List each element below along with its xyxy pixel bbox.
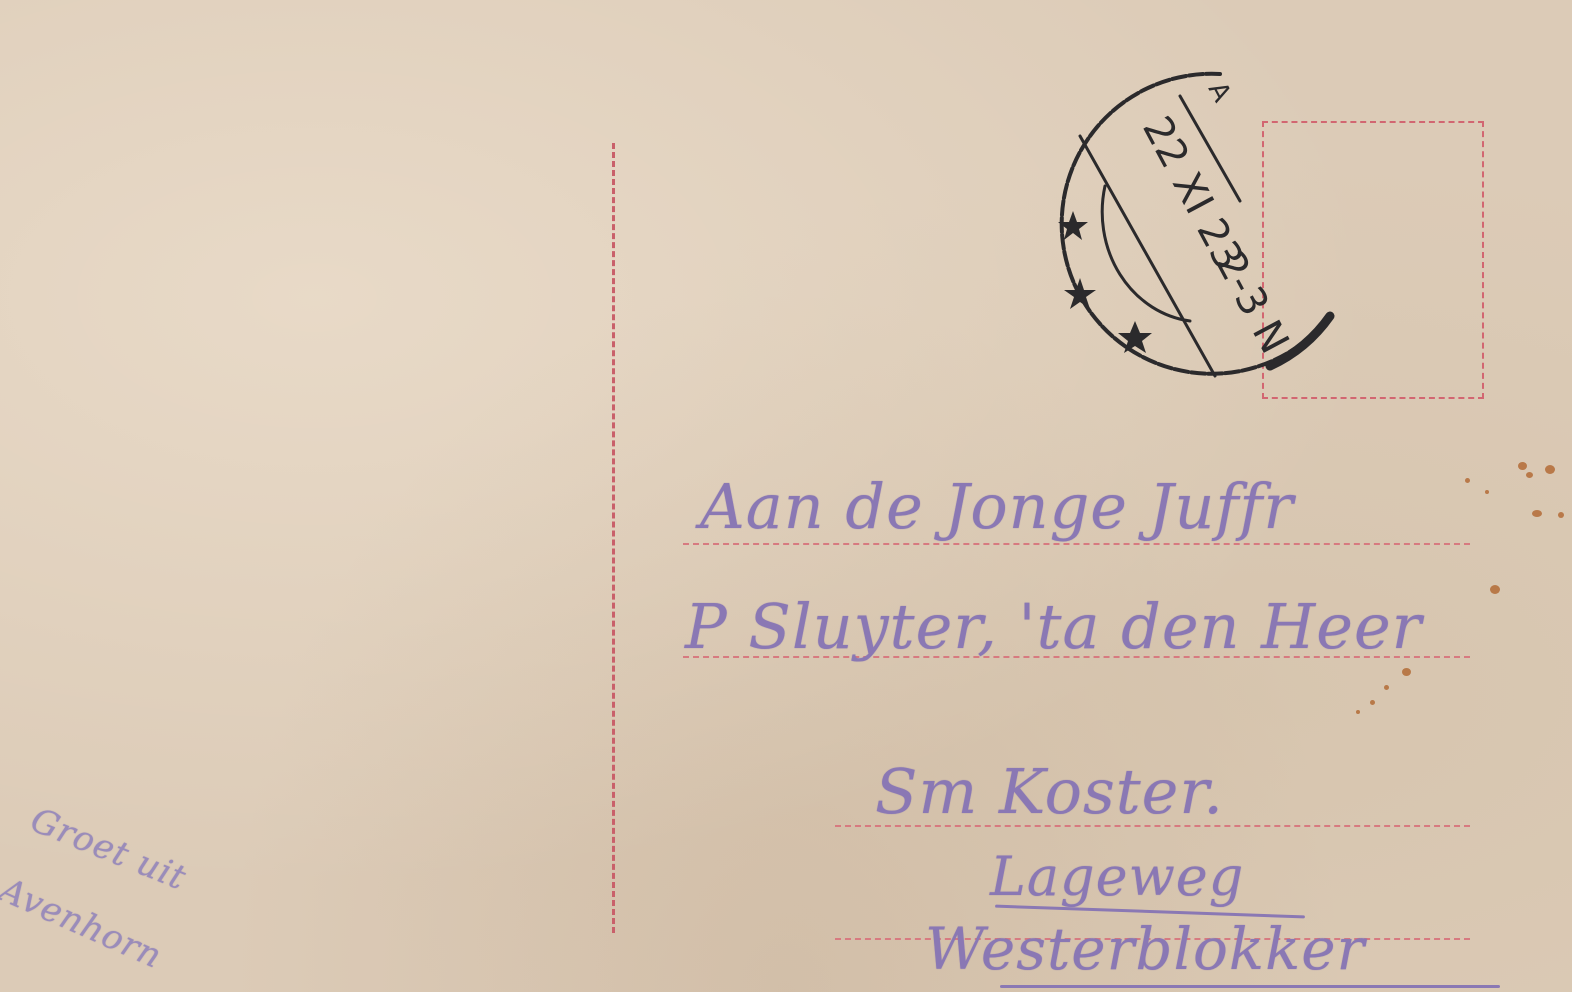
address-line-1: Aan de Jonge Juffr — [700, 470, 1294, 543]
postmark-cancellation: 22 XI 23 2-3 N A — [1030, 66, 1340, 386]
postmark-time: 2-3 N — [1206, 244, 1297, 361]
stain-spot — [1465, 478, 1470, 483]
stain-spot — [1532, 510, 1542, 517]
note-line-2: Avenhorn — [0, 870, 168, 977]
address-line-3: Sm Koster. — [875, 755, 1224, 828]
stain-spot — [1485, 490, 1489, 494]
postmark-office-letter: A — [1202, 77, 1237, 107]
stain-spot — [1356, 710, 1360, 714]
stain-spot — [1545, 465, 1555, 474]
stain-spot — [1490, 585, 1500, 594]
stain-spot — [1518, 462, 1527, 470]
note-line-1: Groet uit — [25, 800, 192, 898]
address-line-2: P Sluyter, 'ta den Heer — [685, 590, 1422, 663]
postcard: 22 XI 23 2-3 N A Aan de Jonge Juffr P Sl… — [0, 0, 1572, 992]
address-line-5: Westerblokker — [925, 915, 1365, 983]
center-divider-line — [612, 143, 615, 933]
stain-spot — [1558, 512, 1564, 518]
address-line-4: Lageweg — [990, 845, 1244, 908]
stain-spot — [1402, 668, 1411, 676]
stain-spot — [1384, 685, 1389, 690]
stain-spot — [1370, 700, 1375, 705]
stain-spot — [1526, 472, 1533, 478]
address-rule-line-1 — [683, 543, 1470, 545]
address-underline-2 — [1000, 985, 1500, 988]
